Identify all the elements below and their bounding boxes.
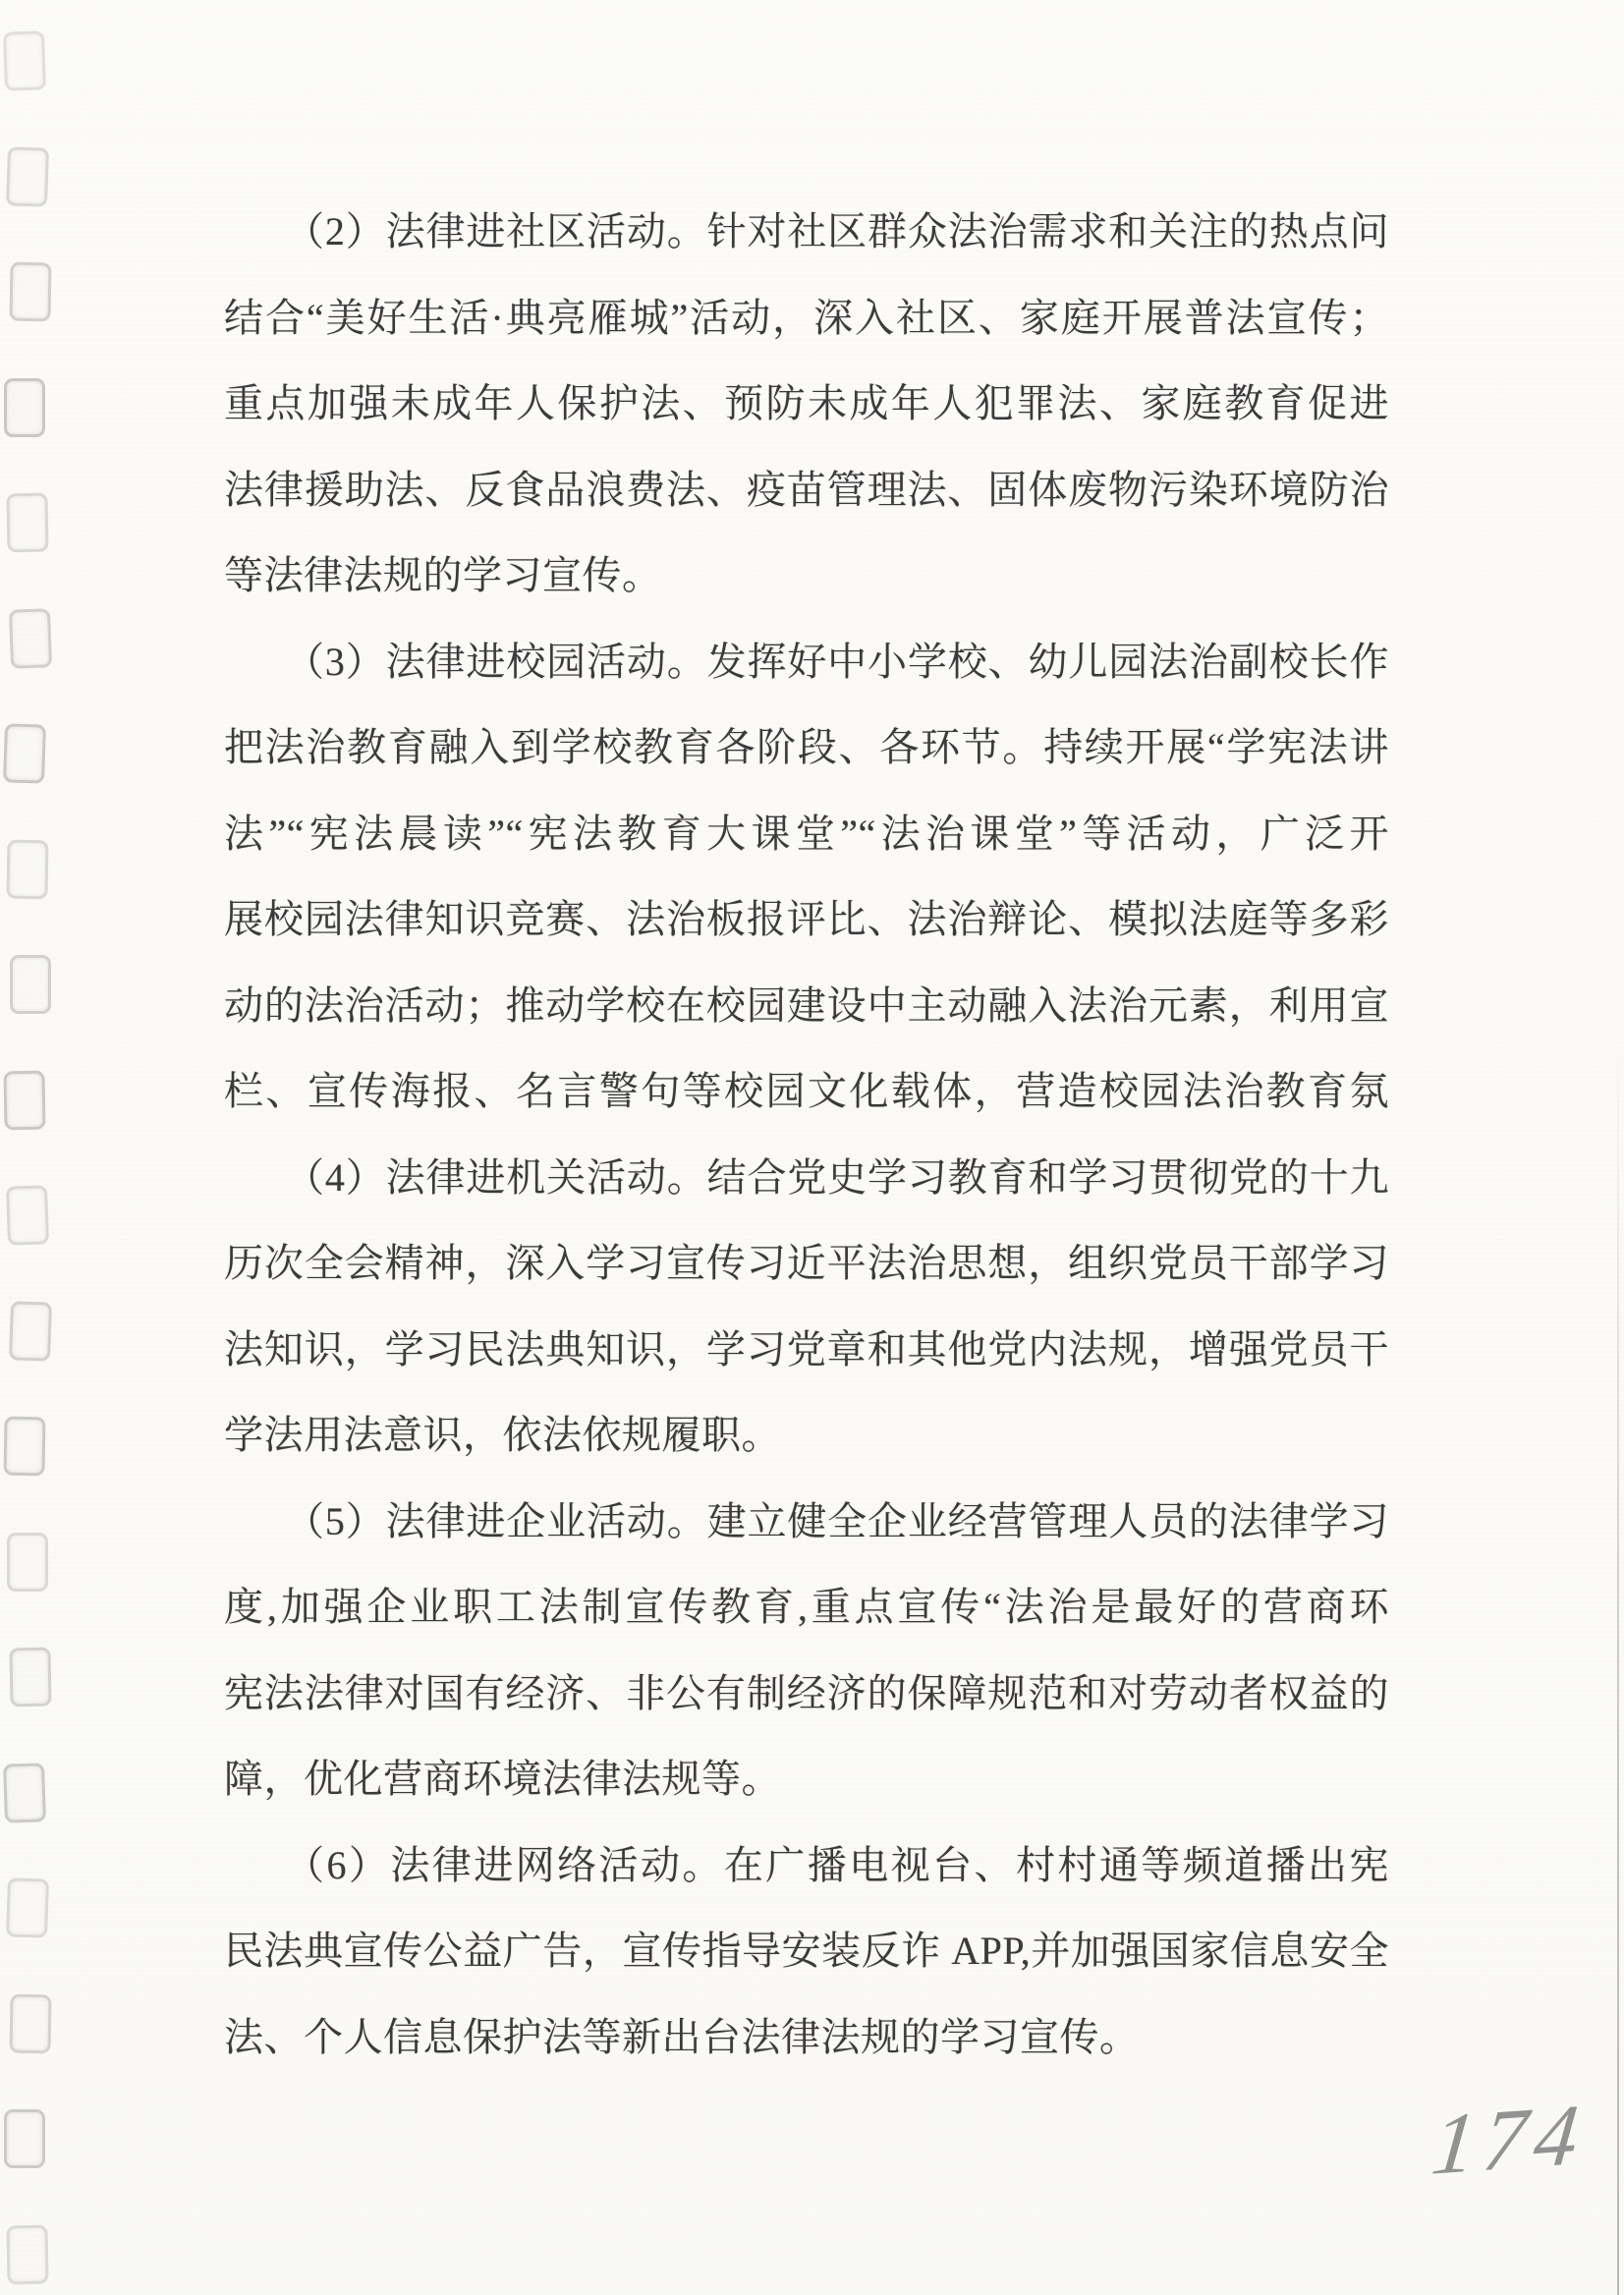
binder-hole-mark: [9, 1301, 52, 1361]
text-line: 法律援助法、反食品浪费法、疫苗管理法、固体废物污染环境防治法: [224, 447, 1389, 533]
document-text-block: （2）法律进社区活动。针对社区群众法治需求和关注的热点问题，结合“美好生活·典亮…: [224, 189, 1389, 2080]
text-line: 重点加强未成年人保护法、预防未成年人犯罪法、家庭教育促进法、: [224, 361, 1389, 447]
text-line: 宪法法律对国有经济、非公有制经济的保障规范和对劳动者权益的保: [224, 1651, 1389, 1737]
binder-hole-mark: [9, 1648, 51, 1707]
text-line: 栏、宣传海报、名言警句等校园文化载体，营造校园法治教育氛围。: [224, 1048, 1389, 1135]
binder-hole-mark: [6, 839, 48, 899]
binder-hole-mark: [3, 1763, 46, 1822]
binder-hole-mark: [9, 608, 52, 668]
text-line: 历次全会精神，深入学习宣传习近平法治思想，组织党员干部学习宪: [224, 1220, 1389, 1307]
scan-edge-line: [1617, 1032, 1619, 2295]
text-line: （5）法律进企业活动。建立健全企业经营管理人员的法律学习制: [224, 1479, 1389, 1565]
text-line: 结合“美好生活·典亮雁城”活动，深入社区、家庭开展普法宣传；: [224, 275, 1389, 362]
text-line: 学法用法意识，依法依规履职。: [224, 1392, 1389, 1479]
text-line: 度,加强企业职工法制宣传教育,重点宣传“法治是最好的营商环境”、: [224, 1564, 1389, 1651]
text-line: 法知识，学习民法典知识，学习党章和其他党内法规，增强党员干部: [224, 1307, 1389, 1393]
scanned-document-page: （2）法律进社区活动。针对社区群众法治需求和关注的热点问题，结合“美好生活·典亮…: [0, 0, 1624, 2295]
text-line: （2）法律进社区活动。针对社区群众法治需求和关注的热点问题，: [224, 189, 1389, 275]
text-line: （3）法律进校园活动。发挥好中小学校、幼儿园法治副校长作用，: [224, 619, 1389, 705]
binder-hole-mark: [10, 955, 51, 1014]
text-line: 动的法治活动；推动学校在校园建设中主动融入法治元素，利用宣传: [224, 963, 1389, 1049]
text-line: 民法典宣传公益广告，宣传指导安装反诈 APP,并加强国家信息安全: [224, 1908, 1389, 1994]
binder-hole-mark: [3, 1417, 45, 1477]
binder-hole-mark: [3, 1070, 45, 1130]
text-line: 展校园法律知识竞赛、法治板报评比、法治辩论、模拟法庭等多彩生: [224, 876, 1389, 963]
binder-hole-mark: [6, 2224, 48, 2284]
binder-hole-mark: [3, 723, 46, 783]
text-line: 法、个人信息保护法等新出台法律法规的学习宣传。: [224, 1994, 1389, 2081]
text-line: 法”“宪法晨读”“宪法教育大课堂”“法治课堂”等活动，广泛开: [224, 791, 1389, 877]
binder-hole-mark: [4, 2109, 45, 2168]
text-line: （4）法律进机关活动。结合党史学习教育和学习贯彻党的十九届: [224, 1135, 1389, 1221]
binder-hole-mark: [7, 1533, 48, 1592]
binder-hole-mark: [6, 1877, 49, 1937]
binder-hole-mark: [4, 378, 45, 437]
binder-hole-mark: [3, 30, 46, 90]
binder-hole-mark: [6, 493, 48, 553]
text-line: （6）法律进网络活动。在广播电视台、村村通等频道播出宪法、: [224, 1822, 1389, 1909]
binder-hole-mark: [9, 262, 51, 322]
text-line: 障，优化营商环境法律法规等。: [224, 1736, 1389, 1822]
binder-hole-mark: [9, 1993, 51, 2053]
text-line: 等法律法规的学习宣传。: [224, 532, 1389, 619]
handwritten-page-number: 174: [1428, 2085, 1591, 2196]
binder-hole-mark: [6, 1185, 49, 1245]
binder-hole-mark: [6, 146, 49, 206]
text-line: 把法治教育融入到学校教育各阶段、各环节。持续开展“学宪法讲宪: [224, 704, 1389, 791]
